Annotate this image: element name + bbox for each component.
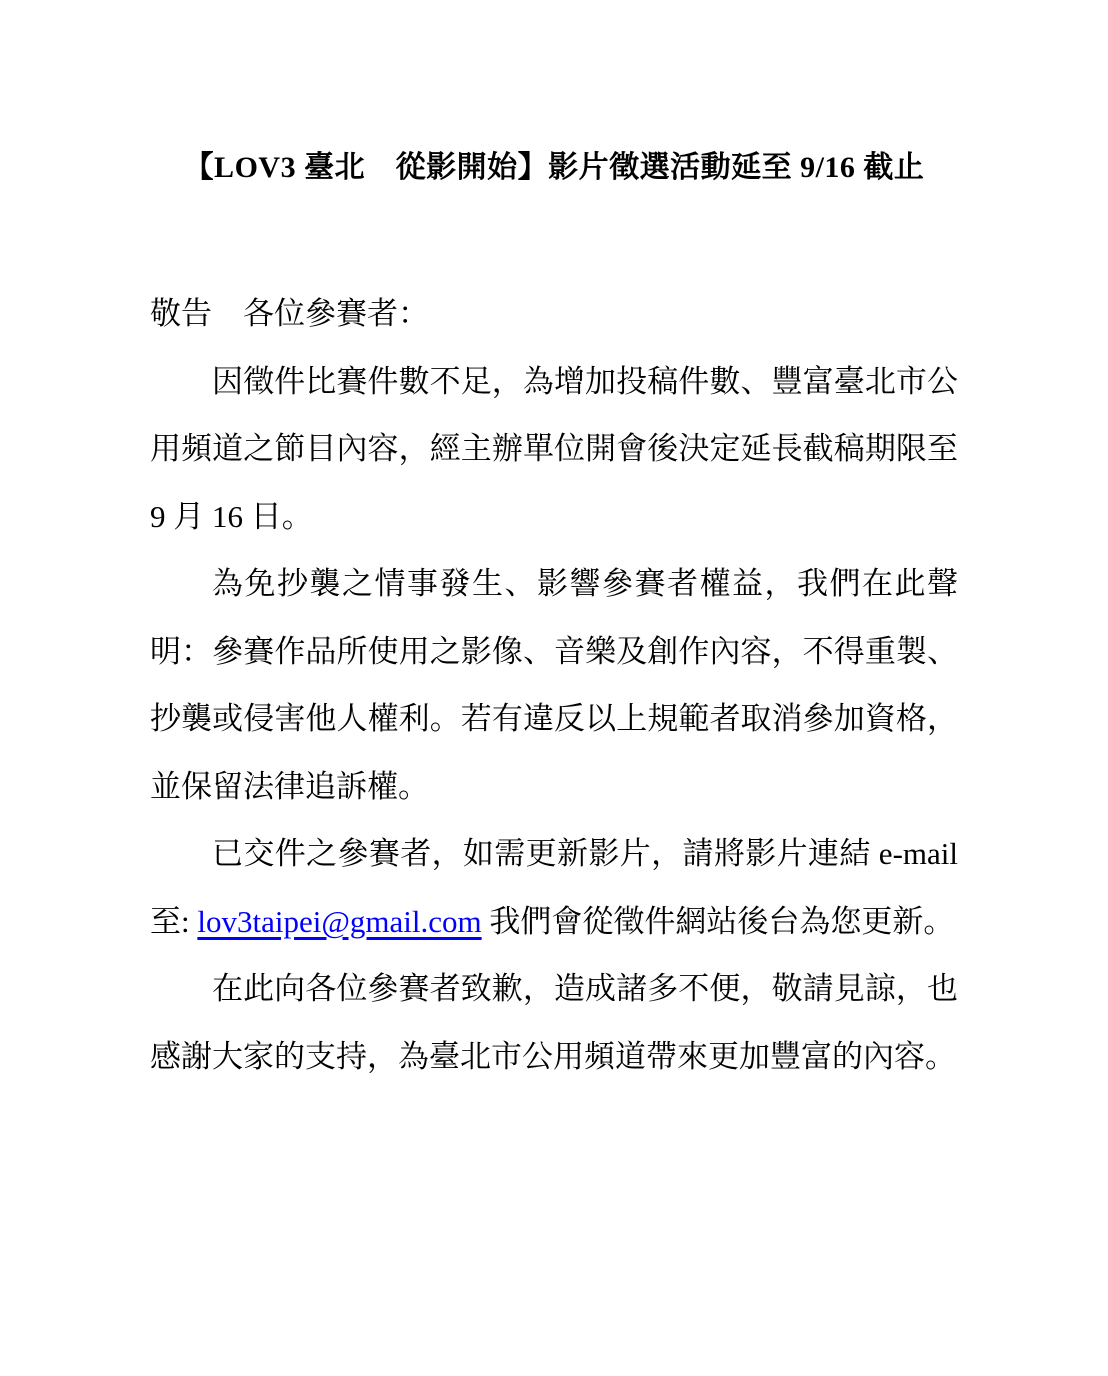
paragraph-apology: 在此向各位參賽者致歉，造成諸多不便，敬請見諒，也感謝大家的支持，為臺北市公用頻道…: [150, 955, 958, 1090]
document-title: 【LOV3 臺北 從影開始】影片徵選活動延至 9/16 截止: [150, 146, 958, 190]
paragraph-deadline-extension: 因徵件比賽件數不足，為增加投稿件數、豐富臺北市公用頻道之節目內容，經主辦單位開會…: [150, 348, 958, 551]
email-link[interactable]: lov3taipei@gmail.com: [197, 904, 481, 939]
document-body: 敬告 各位參賽者： 因徵件比賽件數不足，為增加投稿件數、豐富臺北市公用頻道之節目…: [150, 280, 958, 1090]
salutation-line: 敬告 各位參賽者：: [150, 280, 958, 348]
document-page: 【LOV3 臺北 從影開始】影片徵選活動延至 9/16 截止 敬告 各位參賽者：…: [0, 0, 1108, 1376]
paragraph-plagiarism-statement: 為免抄襲之情事發生、影響參賽者權益，我們在此聲明：參賽作品所使用之影像、音樂及創…: [150, 550, 958, 820]
paragraph-video-update: 已交件之參賽者，如需更新影片，請將影片連結 e-mail 至: lov3taip…: [150, 820, 958, 955]
video-update-text-after-link: 我們會從徵件網站後台為您更新。: [482, 904, 955, 939]
